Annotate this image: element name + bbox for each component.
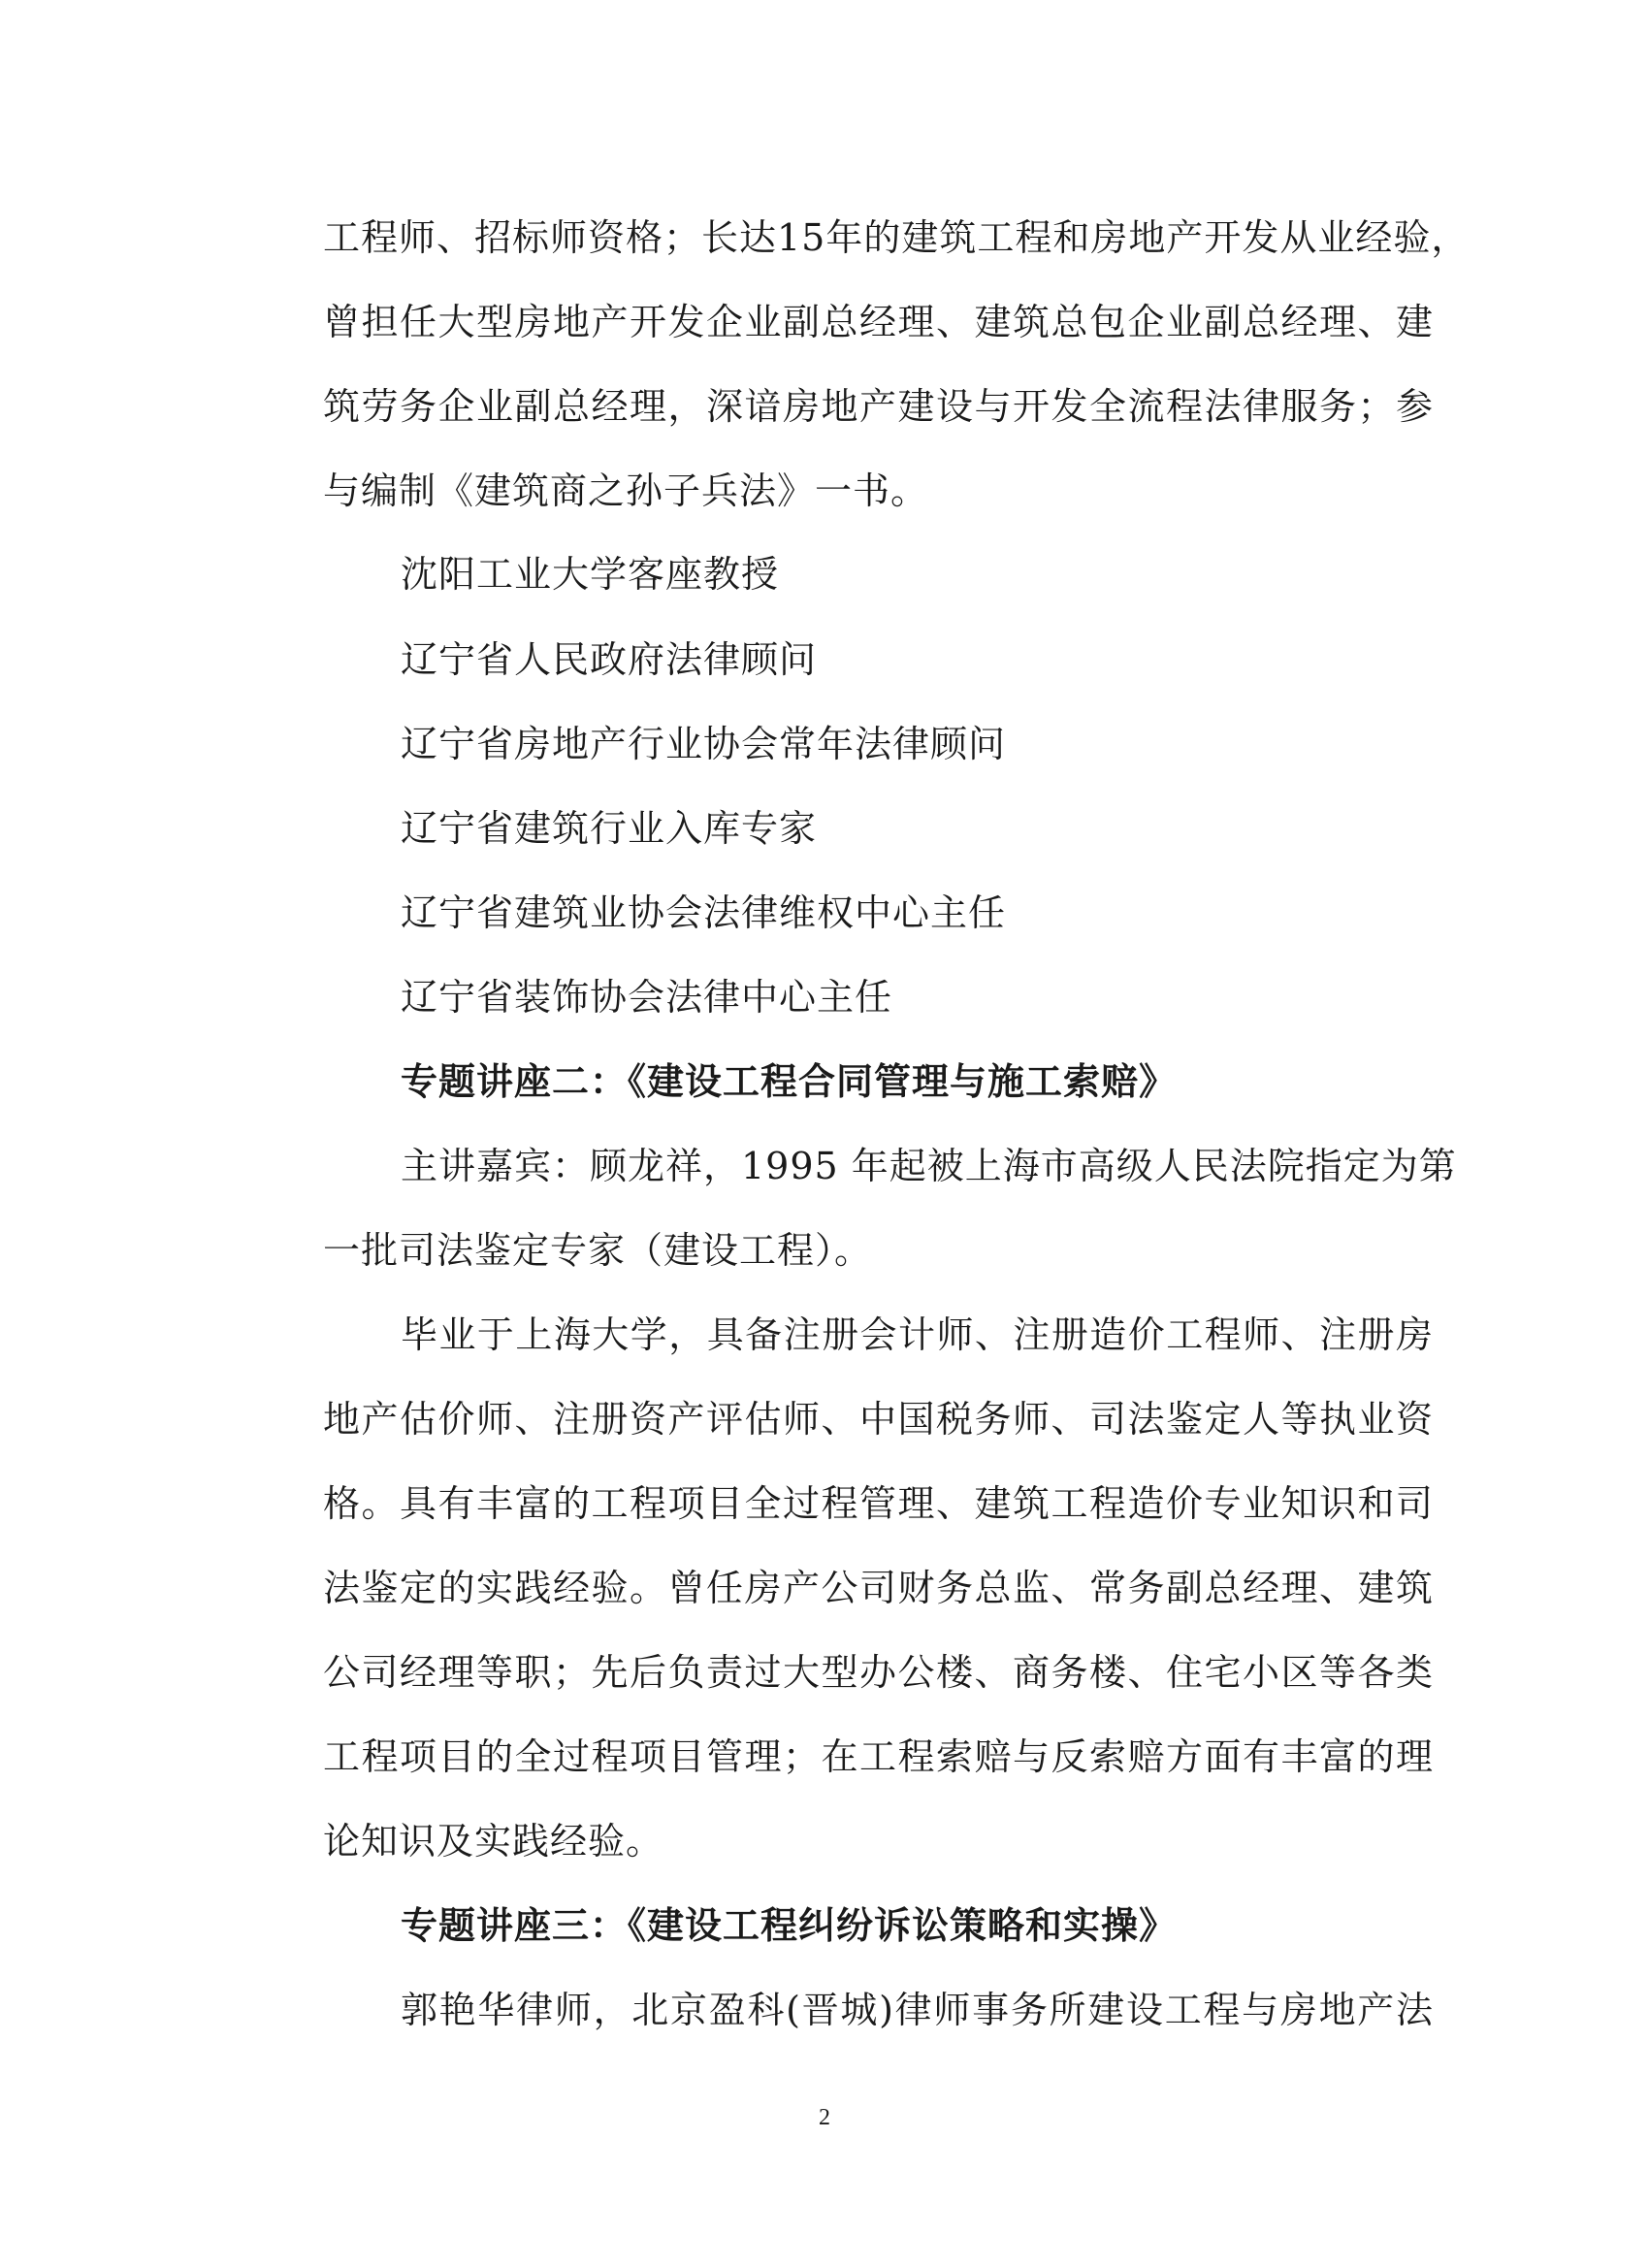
lecture-3-speaker: 郭艳华律师，北京盈科(晋城)律师事务所建设工程与房地产法 <box>401 1986 1434 2034</box>
lecture-2-bio: 论知识及实践经验。 <box>323 1817 1434 1865</box>
paragraph-line: 与编制《建筑商之孙子兵法》一书。 <box>323 467 1434 515</box>
paragraph-line: 工程师、招标师资格；长达15年的建筑工程和房地产开发从业经验， <box>323 213 1434 262</box>
paragraph-line: 筑劳务企业副总经理，深谙房地产建设与开发全流程法律服务；参 <box>323 382 1434 431</box>
lecture-2-bio: 格。具有丰富的工程项目全过程管理、建筑工程造价专业知识和司 <box>323 1479 1434 1528</box>
title-item: 辽宁省建筑行业入库专家 <box>401 804 1434 853</box>
lecture-2-bio: 公司经理等职；先后负责过大型办公楼、商务楼、住宅小区等各类 <box>323 1648 1434 1697</box>
paragraph-line: 曾担任大型房地产开发企业副总经理、建筑总包企业副总经理、建 <box>323 298 1434 346</box>
lecture-2-bio: 地产估价师、注册资产评估师、中国税务师、司法鉴定人等执业资 <box>323 1395 1434 1443</box>
lecture-3-heading: 专题讲座三：《建设工程纠纷诉讼策略和实操》 <box>401 1901 1434 1950</box>
title-item: 辽宁省装饰协会法律中心主任 <box>401 973 1434 1021</box>
lecture-2-speaker: 主讲嘉宾：顾龙祥，1995 年起被上海市高级人民法院指定为第 <box>401 1142 1434 1190</box>
lecture-2-bio: 法鉴定的实践经验。曾任房产公司财务总监、常务副总经理、建筑 <box>323 1564 1434 1612</box>
lecture-2-bio: 毕业于上海大学，具备注册会计师、注册造价工程师、注册房 <box>401 1311 1434 1359</box>
title-item: 辽宁省人民政府法律顾问 <box>401 635 1434 684</box>
lecture-2-heading: 专题讲座二：《建设工程合同管理与施工索赔》 <box>401 1057 1434 1106</box>
lecture-2-bio: 工程项目的全过程项目管理；在工程索赔与反索赔方面有丰富的理 <box>323 1733 1434 1781</box>
title-item: 沈阳工业大学客座教授 <box>401 550 1434 599</box>
title-item: 辽宁省房地产行业协会常年法律顾问 <box>401 720 1434 768</box>
title-item: 辽宁省建筑业协会法律维权中心主任 <box>401 889 1434 937</box>
page-number: 2 <box>0 2105 1649 2131</box>
lecture-2-speaker: 一批司法鉴定专家（建设工程）。 <box>323 1226 1434 1275</box>
